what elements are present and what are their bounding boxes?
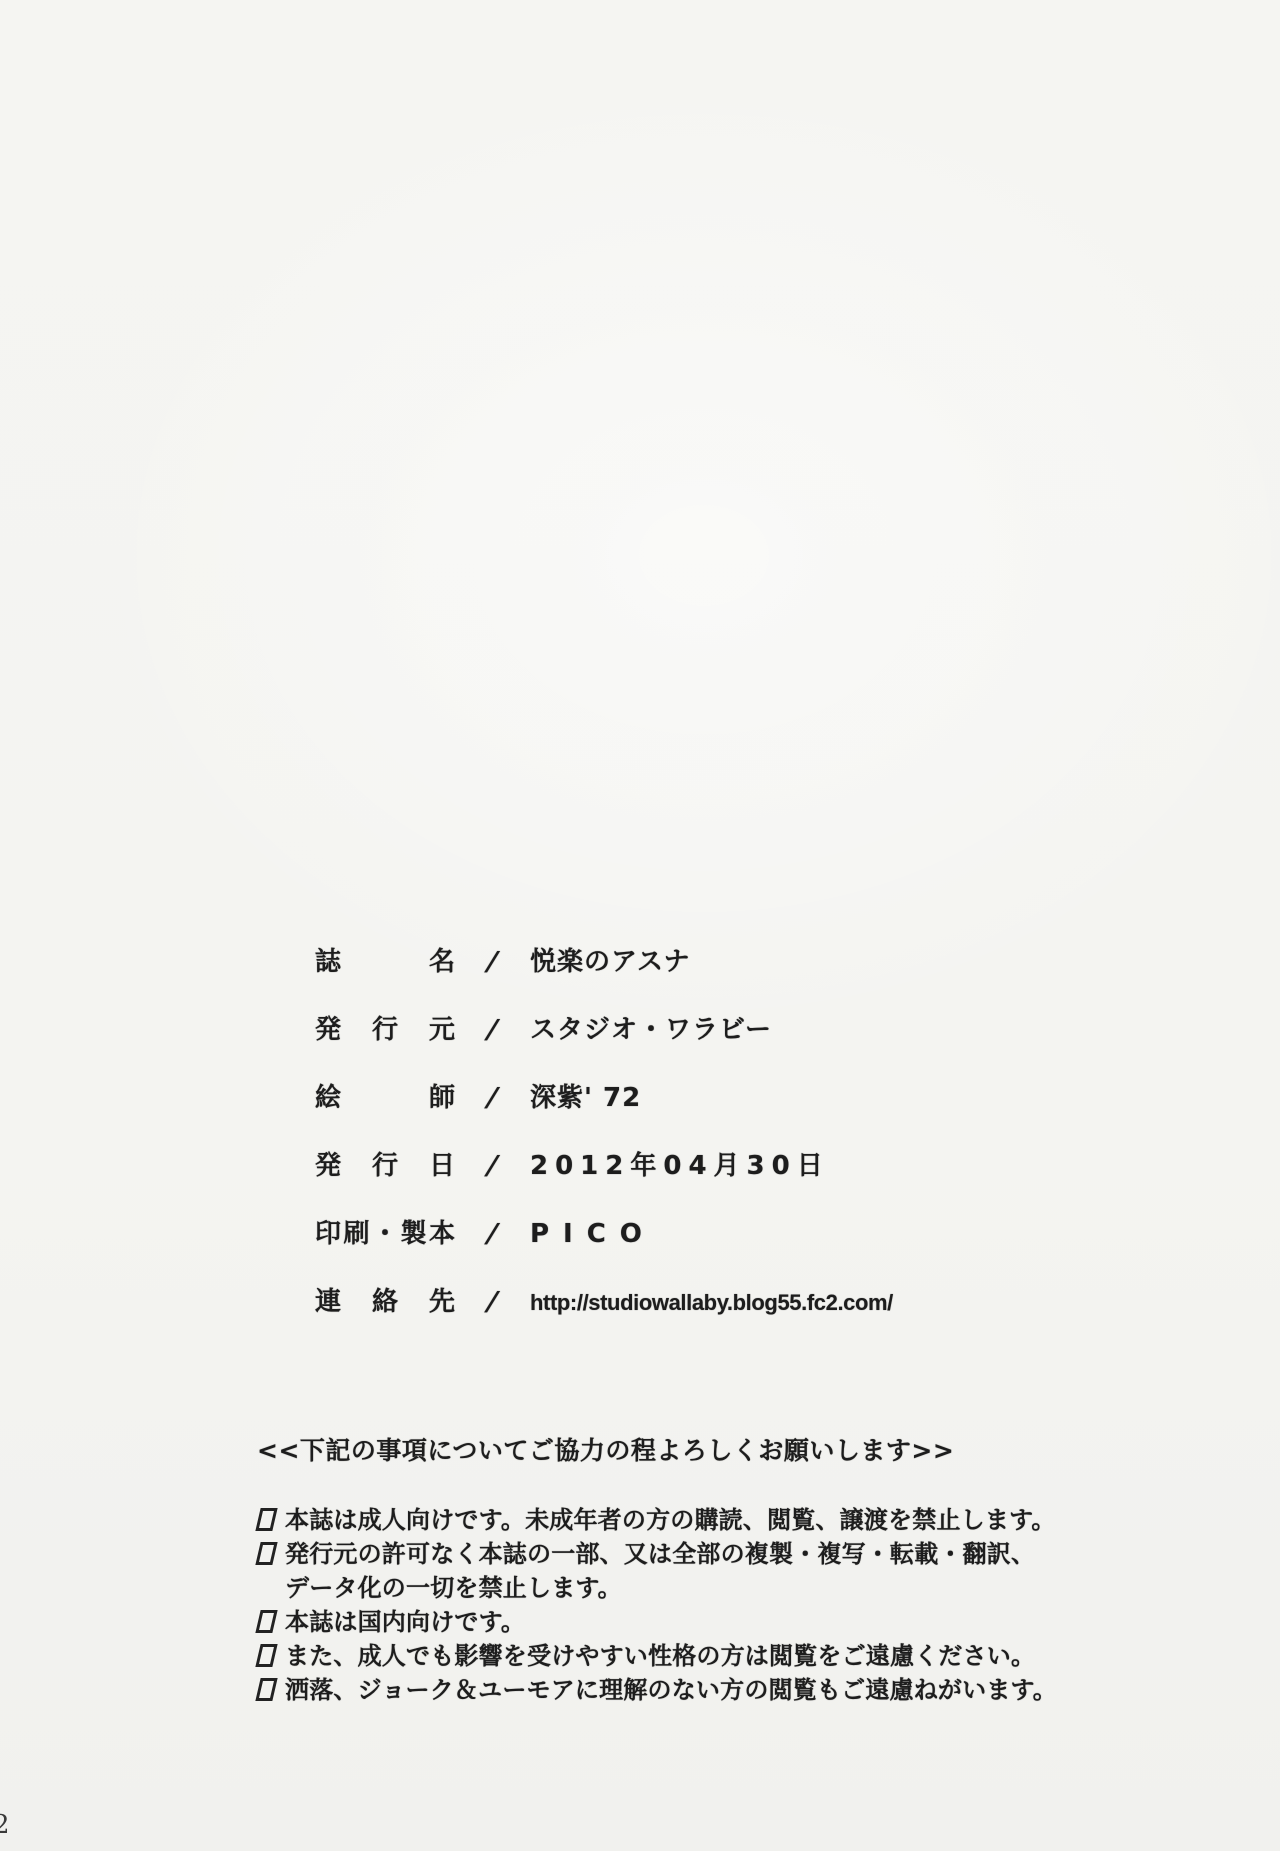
- colophon-row-label: 発行元: [315, 1009, 455, 1046]
- label-char: 印: [315, 1213, 341, 1250]
- colophon-row: 発行日 / 2012年04月30日: [315, 1145, 893, 1175]
- notice-item-text: 本誌は国内向けです。: [285, 1605, 525, 1639]
- notice-items: 本誌は成人向けです。未成年者の方の購読、閲覧、譲渡を禁止します。 発行元の許可な…: [257, 1503, 1047, 1707]
- colophon-row-label: 絵師: [315, 1077, 455, 1114]
- label-char: 名: [429, 941, 455, 978]
- slash-separator: /: [453, 1219, 531, 1249]
- label-char: 師: [429, 1077, 455, 1114]
- label-char: ・: [372, 1213, 398, 1250]
- colophon-row: 印刷・製本 / PICO: [315, 1213, 893, 1243]
- checkbox-icon: [255, 1644, 277, 1667]
- label-char: 元: [429, 1009, 455, 1046]
- notice-line: 発行元の許可なく本誌の一部、又は全部の複製・複写・転載・翻訳、: [285, 1537, 1035, 1571]
- label-char: 行: [372, 1145, 398, 1182]
- notice-item-text: また、成人でも影響を受けやすい性格の方は閲覧をご遠慮ください。: [285, 1639, 1035, 1673]
- notice-line: 洒落、ジョーク＆ユーモアに理解のない方の閲覧もご遠慮ねがいます。: [285, 1673, 1057, 1707]
- checkbox-icon: [255, 1610, 277, 1633]
- slash-separator: /: [453, 1151, 531, 1181]
- notice-item-text: 洒落、ジョーク＆ユーモアに理解のない方の閲覧もご遠慮ねがいます。: [285, 1673, 1057, 1707]
- colophon-row-value: PICO: [530, 1219, 656, 1249]
- colophon-row: 誌名 / 悦楽のアスナ: [315, 941, 893, 971]
- checkbox-icon: [255, 1508, 277, 1531]
- colophon-row-value: http://studiowallaby.blog55.fc2.com/: [530, 1290, 893, 1316]
- notice-line: 本誌は国内向けです。: [285, 1605, 525, 1639]
- slash-separator: /: [453, 1287, 531, 1317]
- notice-heading: <<下記の事項についてご協力の程よろしくお願いします>>: [257, 1431, 1047, 1467]
- notice-item: 本誌は成人向けです。未成年者の方の購読、閲覧、譲渡を禁止します。: [257, 1503, 1047, 1537]
- notice-item: 本誌は国内向けです。: [257, 1605, 1047, 1639]
- notice-item: また、成人でも影響を受けやすい性格の方は閲覧をご遠慮ください。: [257, 1639, 1047, 1673]
- notice-block: <<下記の事項についてご協力の程よろしくお願いします>> 本誌は成人向けです。未…: [257, 1431, 1047, 1707]
- label-char: 本: [429, 1213, 455, 1250]
- slash-separator: /: [453, 947, 531, 977]
- label-char: 発: [315, 1009, 341, 1046]
- colophon-row-value: 悦楽のアスナ: [530, 941, 690, 978]
- slash-separator: /: [453, 1015, 531, 1045]
- colophon-row: 連絡先 / http://studiowallaby.blog55.fc2.co…: [315, 1281, 893, 1311]
- label-char: 発: [315, 1145, 341, 1182]
- colophon-row-label: 発行日: [315, 1145, 455, 1182]
- label-char: 行: [372, 1009, 398, 1046]
- notice-item-text: 発行元の許可なく本誌の一部、又は全部の複製・複写・転載・翻訳、データ化の一切を禁…: [285, 1537, 1035, 1605]
- label-char: 先: [429, 1281, 455, 1318]
- checkbox-icon: [255, 1678, 277, 1701]
- notice-line: 本誌は成人向けです。未成年者の方の購読、閲覧、譲渡を禁止します。: [285, 1503, 1056, 1537]
- label-char: 刷: [343, 1213, 369, 1250]
- colophon-row-value: 深紫' 72: [530, 1077, 641, 1114]
- colophon-row-label: 印刷・製本: [315, 1213, 455, 1250]
- page-number: 2: [0, 1810, 10, 1840]
- label-char: 製: [400, 1213, 426, 1250]
- colophon-row-value: 2012年04月30日: [530, 1145, 830, 1182]
- notice-item: 洒落、ジョーク＆ユーモアに理解のない方の閲覧もご遠慮ねがいます。: [257, 1673, 1047, 1707]
- notice-line: データ化の一切を禁止します。: [285, 1571, 1035, 1605]
- scanned-page: 誌名 / 悦楽のアスナ 発行元 / スタジオ・ワラビー 絵師 / 深紫' 72 …: [0, 0, 1280, 1851]
- slash-separator: /: [453, 1083, 531, 1113]
- colophon-rows: 誌名 / 悦楽のアスナ 発行元 / スタジオ・ワラビー 絵師 / 深紫' 72 …: [315, 941, 893, 1311]
- colophon-row: 発行元 / スタジオ・ワラビー: [315, 1009, 893, 1039]
- colophon-row-value: スタジオ・ワラビー: [530, 1009, 772, 1046]
- notice-item: 発行元の許可なく本誌の一部、又は全部の複製・複写・転載・翻訳、データ化の一切を禁…: [257, 1537, 1047, 1605]
- label-char: 絡: [372, 1281, 398, 1318]
- colophon-row: 絵師 / 深紫' 72: [315, 1077, 893, 1107]
- label-char: 絵: [315, 1077, 341, 1114]
- label-char: 連: [315, 1281, 341, 1318]
- colophon-row-label: 誌名: [315, 941, 455, 978]
- notice-line: また、成人でも影響を受けやすい性格の方は閲覧をご遠慮ください。: [285, 1639, 1035, 1673]
- colophon-block: 誌名 / 悦楽のアスナ 発行元 / スタジオ・ワラビー 絵師 / 深紫' 72 …: [315, 941, 893, 1349]
- checkbox-icon: [255, 1542, 277, 1565]
- colophon-row-label: 連絡先: [315, 1281, 455, 1318]
- label-char: 日: [429, 1145, 455, 1182]
- notice-item-text: 本誌は成人向けです。未成年者の方の購読、閲覧、譲渡を禁止します。: [285, 1503, 1056, 1537]
- label-char: 誌: [315, 941, 341, 978]
